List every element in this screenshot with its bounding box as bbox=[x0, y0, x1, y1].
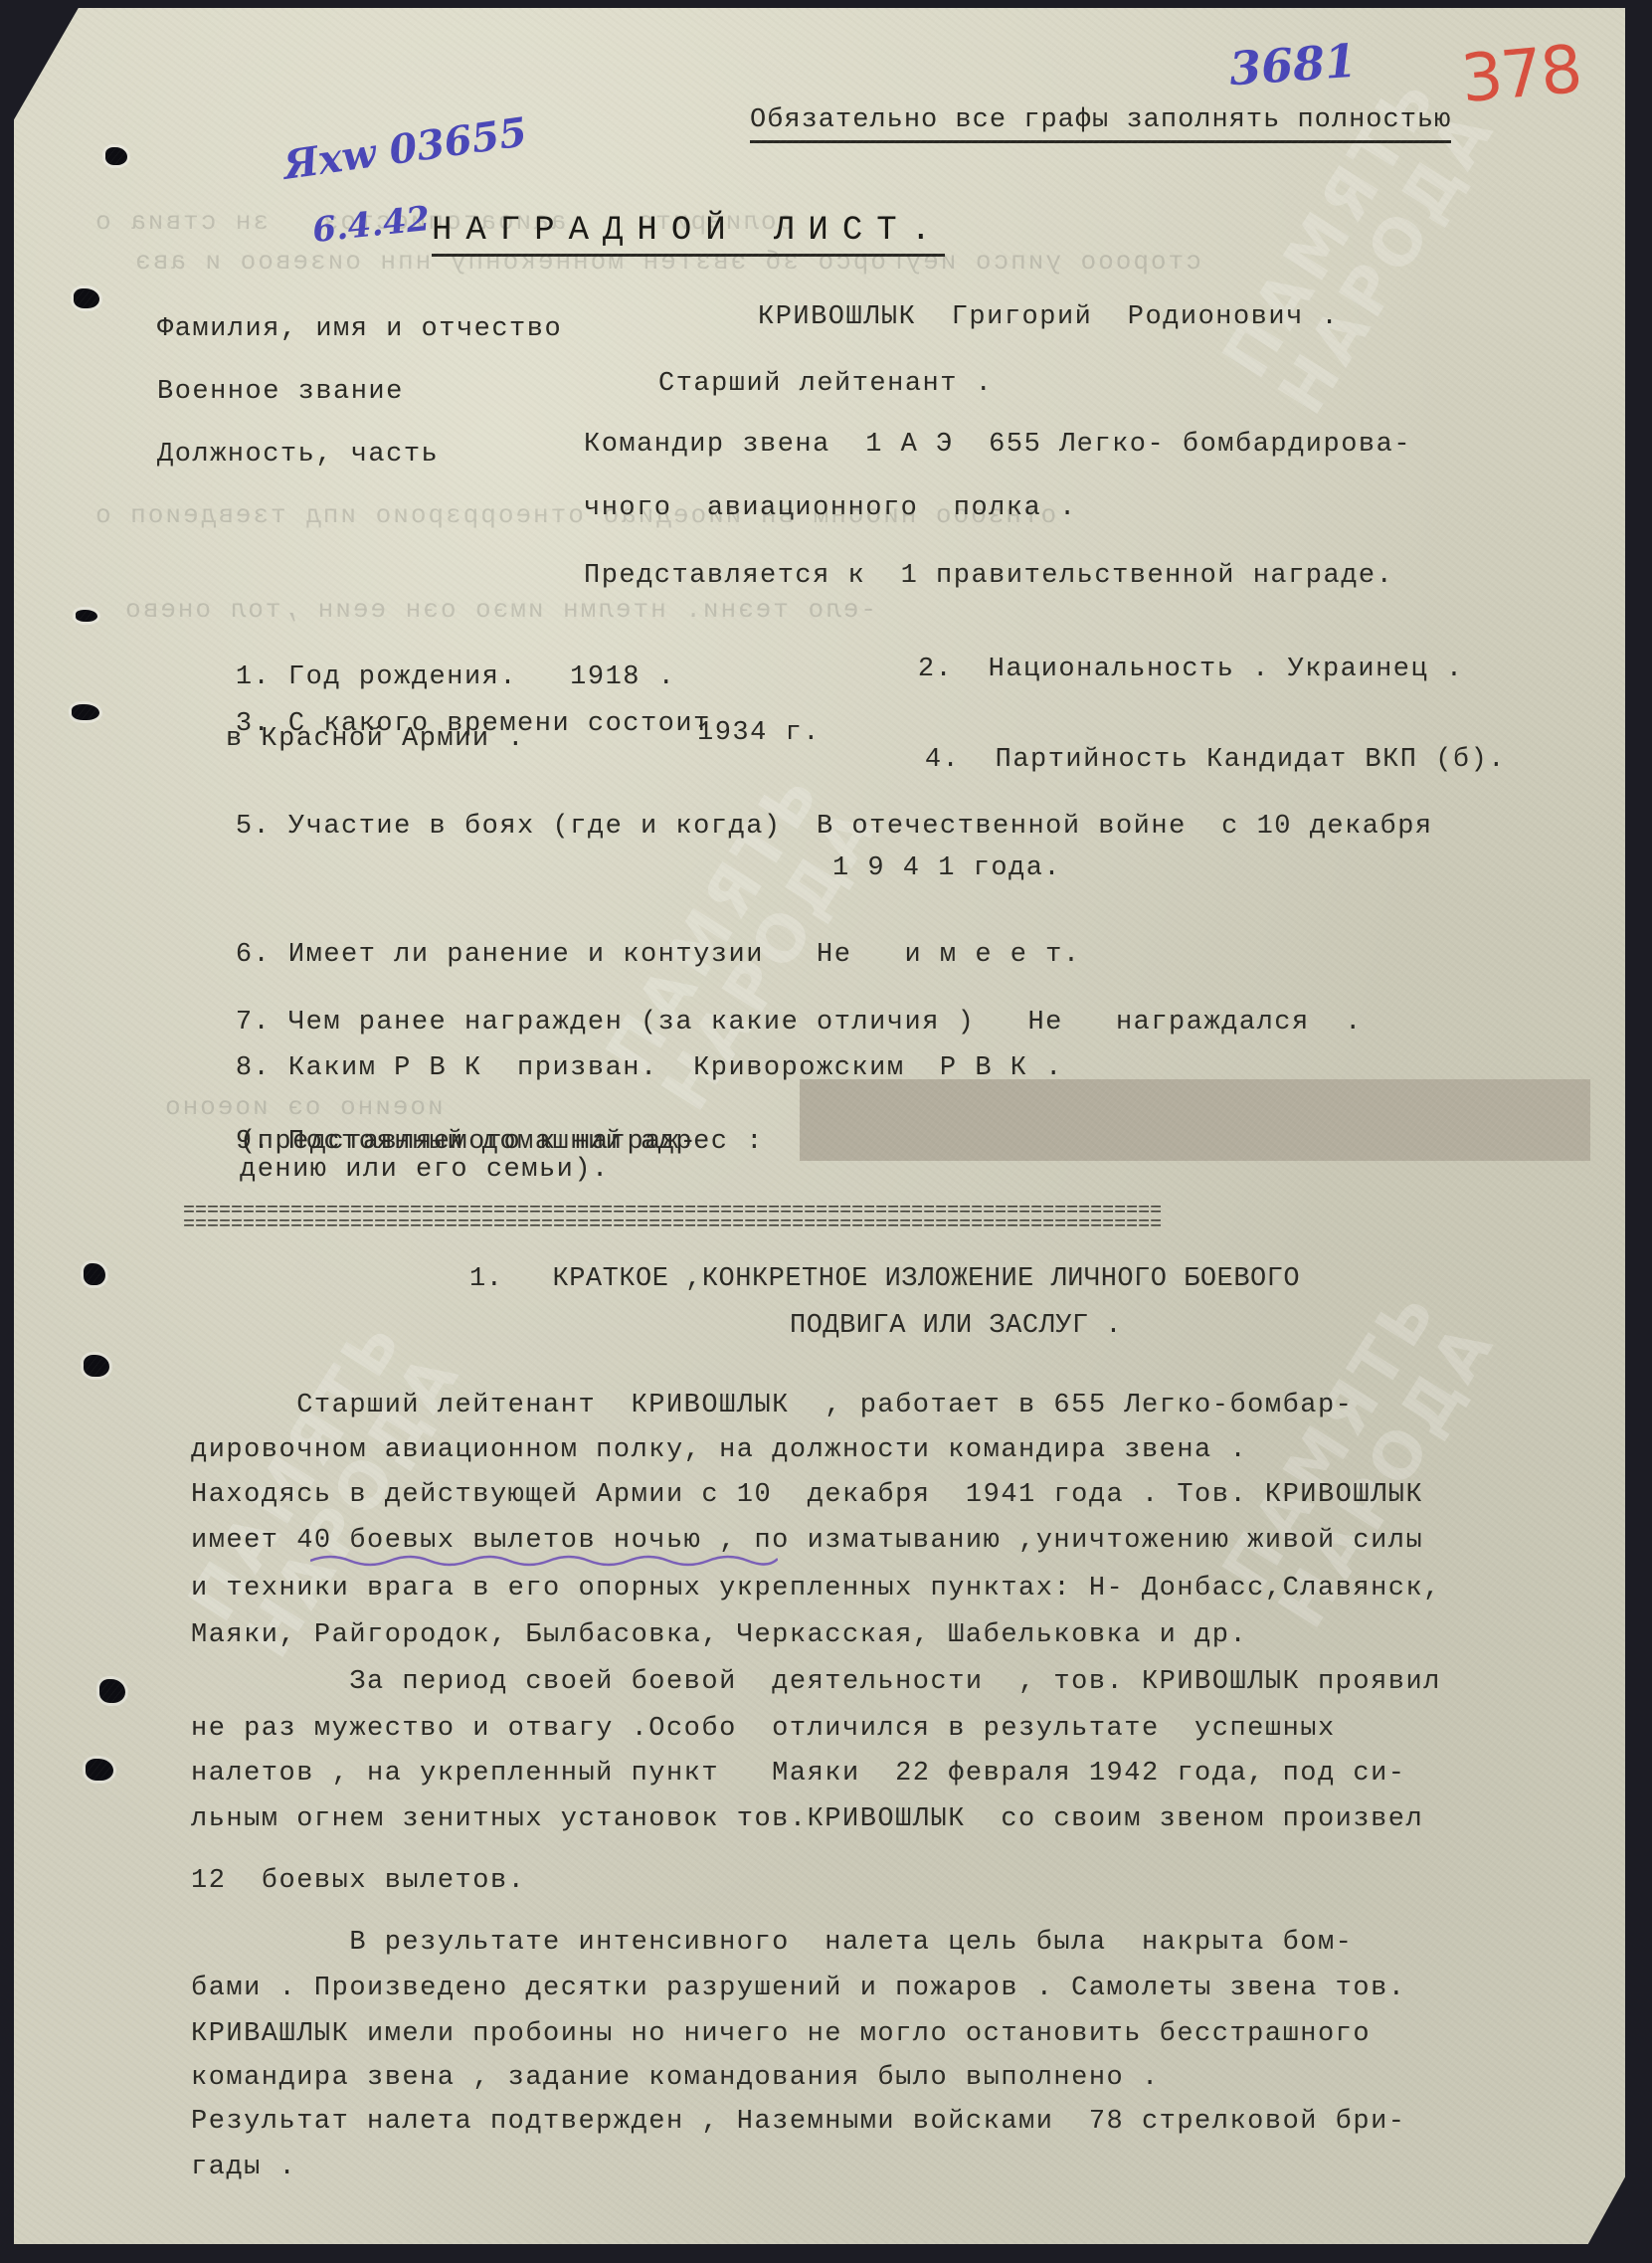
item-value: В отечественной войне с 10 декабря bbox=[817, 812, 1433, 842]
item-label: Имеет ли ранение и контузии bbox=[288, 940, 764, 970]
handwritten-archive-ref: Яхw 03655 bbox=[280, 108, 530, 189]
narrative-line: гады . bbox=[191, 2155, 296, 2181]
item-value: Кандидат ВКП (б). bbox=[1206, 745, 1506, 775]
rank-value: Старший лейтенант . bbox=[658, 371, 993, 398]
position-label: Должность, часть bbox=[157, 442, 439, 469]
divider-line: ========================================… bbox=[183, 1200, 1585, 1214]
narrative-line: командира звена , задание командования б… bbox=[191, 2065, 1160, 2092]
narrative-line: налетов , на укрепленный пункт Маяки 22 … bbox=[191, 1761, 1405, 1788]
narrative-line: имеет 40 боевых вылетов ночью , по измат… bbox=[191, 1528, 1423, 1555]
rank-label: Военное звание bbox=[157, 379, 404, 406]
item-label: Национальность . bbox=[989, 655, 1270, 684]
punch-hole bbox=[84, 1355, 109, 1377]
punch-hole bbox=[86, 1759, 113, 1781]
punch-hole bbox=[105, 147, 127, 165]
narrative-line: Старший лейтенант КРИВОШЛЫК , работает в… bbox=[191, 1393, 1353, 1419]
punch-hole bbox=[84, 1263, 105, 1285]
narrative-line: Находясь в действующей Армии с 10 декабр… bbox=[191, 1482, 1423, 1509]
presented-for: Представляется к 1 правительственной наг… bbox=[584, 563, 1393, 590]
position-value-line2: чного авиационного полка . bbox=[584, 495, 1077, 522]
item-label: Партийность bbox=[996, 745, 1190, 775]
narrative-line: Маяки, Райгородок, Былбасовка, Черкасска… bbox=[191, 1622, 1247, 1649]
item-value: Украинец . bbox=[1288, 655, 1464, 684]
item-3-value: 1934 г. bbox=[697, 720, 821, 747]
narrative-line: В результате интенсивного налета цель бы… bbox=[191, 1930, 1353, 1957]
item-number: 2. bbox=[918, 655, 953, 684]
narrative-line: не раз мужество и отвагу .Особо отличилс… bbox=[191, 1716, 1336, 1743]
item-value: Не и м е е т. bbox=[817, 940, 1081, 970]
item-2: 2. Национальность . Украинец . bbox=[847, 630, 1464, 710]
item-3-label-line2: в Красной Армии . bbox=[226, 726, 525, 753]
section-heading-line2: ПОДВИГА ИЛИ ЗАСЛУГ . bbox=[790, 1313, 1122, 1340]
handwritten-number-red: 378 bbox=[1458, 31, 1583, 117]
section-heading-line1: 1. КРАТКОЕ ,КОНКРЕТНОЕ ИЗЛОЖЕНИЕ ЛИЧНОГО… bbox=[469, 1266, 1300, 1293]
item-9-label-line2: (представляемого к награж- bbox=[240, 1129, 697, 1156]
punch-hole bbox=[74, 288, 99, 308]
item-number: 4. bbox=[925, 745, 960, 775]
document-page: ПАМЯТЬНАРОДА ПАМЯТЬНАРОДА ПАМЯТЬНАРОДА П… bbox=[14, 8, 1625, 2244]
handwritten-number-blue: 3681 bbox=[1227, 34, 1358, 96]
item-label: Участие в боях (где и когда) bbox=[288, 812, 782, 842]
name-value: КРИВОШЛЫК Григорий Родионович . bbox=[758, 304, 1339, 331]
narrative-line: льным огнем зенитных установок тов.КРИВО… bbox=[191, 1806, 1423, 1833]
item-5-value-line2: 1 9 4 1 года. bbox=[832, 855, 1061, 882]
narrative-line: 12 боевых вылетов. bbox=[191, 1868, 525, 1895]
name-label: Фамилия, имя и отчество bbox=[157, 316, 562, 343]
item-number: 5. bbox=[236, 812, 271, 842]
item-5: 5. Участие в боях (где и когда) В отечес… bbox=[165, 787, 1433, 867]
item-label: Каким Р В К призван. bbox=[288, 1053, 658, 1083]
divider-line: ========================================… bbox=[183, 1214, 1585, 1227]
item-number: 8. bbox=[236, 1053, 271, 1083]
item-9-label-line3: дению или его семьи). bbox=[240, 1157, 610, 1184]
position-value-line1: Командир звена 1 А Э 655 Легко- бомбарди… bbox=[584, 432, 1411, 459]
item-number: 6. bbox=[236, 940, 271, 970]
narrative-line: и техники врага в его опорных укрепленны… bbox=[191, 1576, 1441, 1603]
redacted-address bbox=[800, 1079, 1590, 1161]
narrative-line: За период своей боевой деятельности , то… bbox=[191, 1669, 1441, 1696]
narrative-line: Результат налета подтвержден , Наземными… bbox=[191, 2109, 1405, 2136]
narrative-line: бами . Произведено десятки разрушений и … bbox=[191, 1976, 1405, 2002]
punch-hole bbox=[99, 1679, 125, 1703]
punch-hole bbox=[72, 704, 99, 720]
narrative-line: КРИВАШЛЫК имели пробоины но ничего не мо… bbox=[191, 2021, 1371, 2048]
page-title: НАГРАДНОЙ ЛИСТ. bbox=[432, 214, 945, 257]
bleed-through-text: -ело теэни. нтелмн имэо оэн ееин ,тол он… bbox=[123, 595, 876, 625]
handwritten-underline bbox=[310, 1553, 778, 1569]
punch-hole bbox=[76, 610, 97, 622]
header-instruction: Обязательно все графы заполнять полность… bbox=[750, 107, 1451, 143]
item-value: Не награждался . bbox=[1027, 1008, 1362, 1037]
narrative-line: дировочном авиационном полку, на должнос… bbox=[191, 1437, 1247, 1464]
